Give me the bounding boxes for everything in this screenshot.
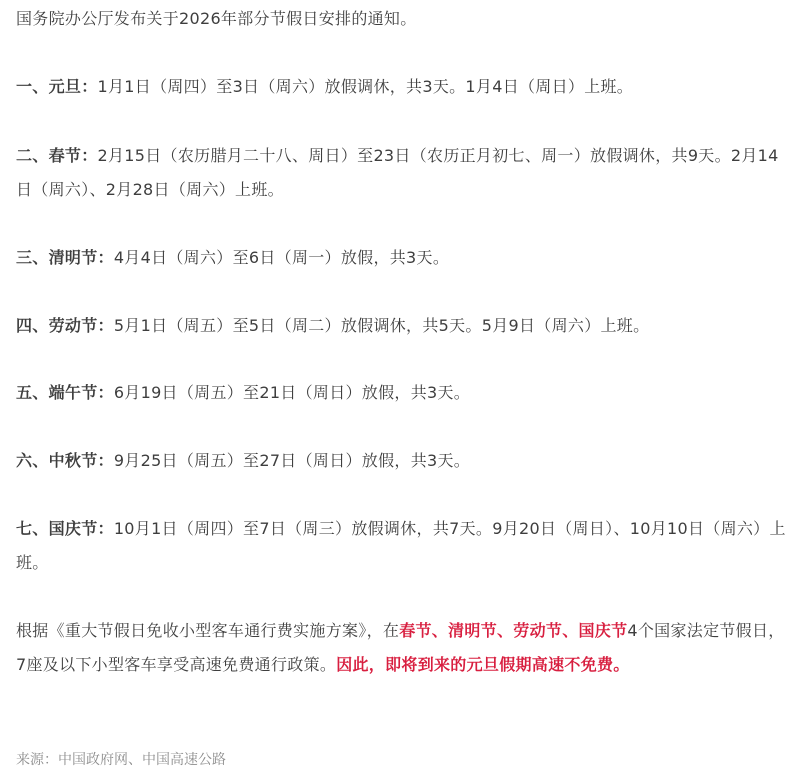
holiday-spring-festival: 二、春节：2月15日（农历腊月二十八、周日）至23日（农历正月初七、周一）放假调… — [16, 139, 786, 207]
holiday-mid-autumn: 六、中秋节：9月25日（周五）至27日（周日）放假，共3天。 — [16, 444, 786, 478]
holiday-text: 1月1日（周四）至3日（周六）放假调休，共3天。1月4日（周日）上班。 — [98, 77, 634, 96]
holiday-qingming: 三、清明节：4月4日（周六）至6日（周一）放假，共3天。 — [16, 241, 786, 275]
holiday-label: 六、中秋节： — [16, 451, 114, 470]
toll-policy-paragraph: 根据《重大节假日免收小型客车通行费实施方案》，在春节、清明节、劳动节、国庆节4个… — [16, 614, 786, 682]
policy-text: 根据《重大节假日免收小型客车通行费实施方案》，在 — [16, 621, 399, 640]
holiday-label: 七、国庆节： — [16, 519, 114, 538]
holiday-label: 一、元旦： — [16, 77, 98, 96]
holiday-text: 2月15日（农历腊月二十八、周日）至23日（农历正月初七、周一）放假调休，共9天… — [16, 146, 779, 199]
holiday-dragon-boat: 五、端午节：6月19日（周五）至21日（周日）放假，共3天。 — [16, 376, 786, 410]
intro-paragraph: 国务院办公厅发布关于2026年部分节假日安排的通知。 — [16, 2, 786, 36]
holiday-text: 4月4日（周六）至6日（周一）放假，共3天。 — [114, 248, 449, 267]
holiday-text: 6月19日（周五）至21日（周日）放假，共3天。 — [114, 383, 470, 402]
holiday-labor-day: 四、劳动节：5月1日（周五）至5日（周二）放假调休，共5天。5月9日（周六）上班… — [16, 309, 786, 343]
holiday-label: 五、端午节： — [16, 383, 114, 402]
policy-highlight-conclusion: 因此，即将到来的元旦假期高速不免费。 — [336, 655, 629, 674]
holiday-label: 四、劳动节： — [16, 316, 114, 335]
holiday-text: 5月1日（周五）至5日（周二）放假调休，共5天。5月9日（周六）上班。 — [114, 316, 650, 335]
holiday-new-year: 一、元旦：1月1日（周四）至3日（周六）放假调休，共3天。1月4日（周日）上班。 — [16, 70, 786, 104]
source-credit: 来源：中国政府网、中国高速公路 — [16, 748, 226, 772]
policy-highlight-holidays: 春节、清明节、劳动节、国庆节 — [399, 621, 627, 640]
holiday-label: 三、清明节： — [16, 248, 114, 267]
holiday-text: 10月1日（周四）至7日（周三）放假调休，共7天。9月20日（周日）、10月10… — [16, 519, 786, 572]
article: 国务院办公厅发布关于2026年部分节假日安排的通知。 一、元旦：1月1日（周四）… — [0, 0, 798, 777]
holiday-text: 9月25日（周五）至27日（周日）放假，共3天。 — [114, 451, 470, 470]
holiday-label: 二、春节： — [16, 146, 98, 165]
holiday-national-day: 七、国庆节：10月1日（周四）至7日（周三）放假调休，共7天。9月20日（周日）… — [16, 512, 786, 580]
